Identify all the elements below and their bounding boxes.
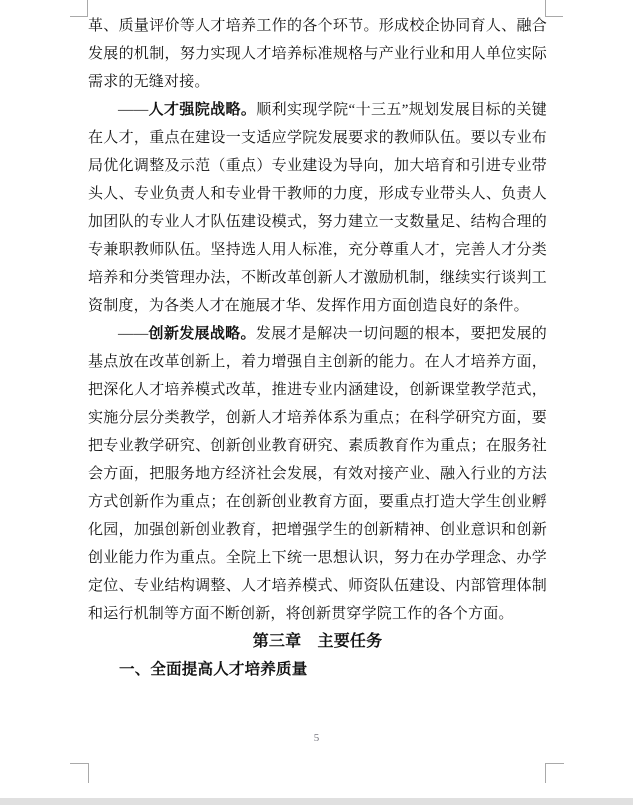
paragraph-talent-strategy: ——人才强院战略。顺利实现学院“十三五”规划发展目标的关键在人才，重点在建设一支… [88,96,547,320]
margin-crop-mark-bottom-right [545,763,564,783]
paragraph-bold-lead: 人才强院战略。 [148,102,256,118]
margin-crop-mark-top-left [70,0,88,17]
page-number: 5 [0,731,633,746]
em-dash: —— [118,102,148,118]
page-boundary-bar [0,798,633,805]
margin-crop-mark-bottom-left [70,763,89,783]
margin-crop-mark-top-right [545,0,563,17]
paragraph-text: 顺利实现学院“十三五”规划发展目标的关键在人才，重点在建设一支适应学院发展要求的… [88,102,547,314]
chapter-heading: 第三章 主要任务 [88,628,547,656]
section-heading: 一、全面提高人才培养质量 [88,656,547,684]
document-body: 革、质量评价等人才培养工作的各个环节。形成校企协同育人、融合发展的机制，努力实现… [88,12,547,684]
paragraph-continuation: 革、质量评价等人才培养工作的各个环节。形成校企协同育人、融合发展的机制，努力实现… [88,12,547,96]
document-page: 革、质量评价等人才培养工作的各个环节。形成校企协同育人、融合发展的机制，努力实现… [0,0,633,805]
em-dash: —— [118,326,148,342]
paragraph-innovation-strategy: ——创新发展战略。发展才是解决一切问题的根本，要把发展的基点放在改革创新上，着力… [88,320,547,628]
paragraph-bold-lead: 创新发展战略。 [148,326,255,342]
paragraph-text: 革、质量评价等人才培养工作的各个环节。形成校企协同育人、融合发展的机制，努力实现… [88,18,547,90]
paragraph-text: 发展才是解决一切问题的根本，要把发展的基点放在改革创新上，着力增强自主创新的能力… [88,326,547,622]
